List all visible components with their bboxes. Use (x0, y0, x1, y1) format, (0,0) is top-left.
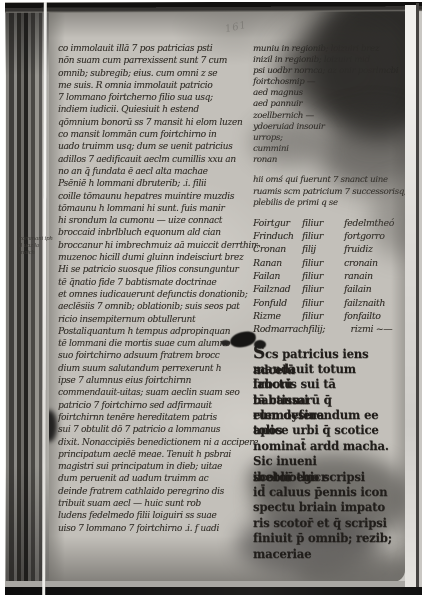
manuscript-text-line: uado truimm usq; dum se uenit patricius (58, 141, 258, 153)
table-cell: filij (302, 243, 344, 256)
genealogy-row: Failznadfiliurfailain (253, 283, 405, 296)
colophon-line: maceriae (253, 546, 394, 561)
colophon-line: Sic inueni ibebliothicr (253, 453, 394, 468)
table-cell: fruidiz (344, 243, 373, 256)
marginal-note-line: il uaz la (19, 243, 53, 250)
manuscript-text-line: indiem iudicii. Quiesiuit h estend (58, 104, 258, 116)
table-cell: filiur (302, 297, 344, 310)
table-cell: Fonfuld (253, 297, 302, 310)
colophon-line: scotor̄ ego scripsi (253, 469, 394, 484)
marginal-note-line: commani iph (19, 236, 53, 243)
ink-blot-small (254, 340, 266, 349)
genealogy-row: Fonfuldfiliurfailznaith (253, 297, 405, 310)
photo-right-edge-line (416, 3, 419, 595)
table-cell: filiur (302, 283, 344, 296)
manuscript-text-line: foirtchirnn tenēre hereditatem patris (58, 412, 258, 424)
table-cell: filiur (302, 230, 344, 243)
table-cell: failain (344, 283, 371, 296)
genealogy-row: Failanfiliurranain (253, 270, 405, 283)
colophon-line: mandauit totum fructū (253, 361, 394, 376)
book-bottom-edge (5, 587, 422, 595)
colophon-line: id̄ caluus p̄ennis icon (253, 484, 394, 499)
manuscript-text-line: deinde fratrem cathlaido peregrino dis (58, 486, 258, 498)
book-top-edge (5, 2, 422, 13)
table-cell: ranain (344, 270, 373, 283)
marginal-note: commani iphil uaz lamaich (19, 236, 53, 256)
colophon-line: ris scotor̄ et q̄ scripsi (253, 515, 394, 530)
table-cell: Failan (253, 270, 302, 283)
manuscript-text-line: dium suum salutandum perrexerunt h (58, 363, 258, 375)
manuscript-text-line: Postaliquantum h tempus adpropinquan (58, 326, 258, 338)
manuscript-text-line: qōmnium bonorū ss 7 mansit hi elom luzen (58, 117, 258, 129)
manuscript-text-line: Hi se patricio suosque filios consungunt… (58, 264, 258, 276)
manuscript-text-line: omnib; subregib; eius. cum omni z se (58, 68, 258, 80)
manuscript-text-line: aeclēsiis 7 omnib; oblationib; suis seos… (58, 301, 258, 313)
facing-page-edge (405, 5, 416, 591)
manuscript-text-line: tribuit suam aecl — huic sunt rob (58, 498, 258, 510)
manuscript-text-line: no an q̄ fundata ē aecl alta machae (58, 166, 258, 178)
manuscript-text-line: adillos 7 aedificauit aeclm cumillis xxu… (58, 154, 258, 166)
table-cell: Rodmarrach (253, 323, 309, 336)
colophon-line: nominat̄ ardd macha. (253, 438, 394, 453)
ink-smudge-left-margin (49, 410, 57, 442)
table-cell: filiur (302, 270, 344, 283)
table-cell: Foirtgur (253, 217, 302, 230)
manuscript-text-line: sui 7 obtulit dō 7 patricio a lommanus (58, 424, 258, 436)
table-cell: filiur (302, 257, 344, 270)
genealogy-row: Rizmefiliurfonfailto (253, 310, 405, 323)
table-cell: Frinduch (253, 230, 302, 243)
manuscript-text-line: muzenoc hicill dumi gluinn indeisciurt b… (58, 252, 258, 264)
manuscript-text-line: nōn suam cum parrexissent sunt 7 cum (58, 55, 258, 67)
manuscript-text-line: me suis. R omnia immolauit patricio (58, 80, 258, 92)
manuscript-text-line: co mansit lommān cum foirtchirno in (58, 129, 258, 141)
genealogy-row: Rodmarrachfilij;rizmi ~— (253, 323, 405, 336)
table-cell: Ranan (253, 257, 302, 270)
table-cell: filij; (309, 323, 351, 336)
table-cell: Rizme (253, 310, 302, 323)
manuscript-photo: 161 co immolauit illā 7 pos patricias ps… (5, 2, 422, 595)
manuscript-text-line: dum peruenit ad uadum truimm ac (58, 473, 258, 485)
colophon-line: laboris sui tā babtismi (253, 376, 394, 391)
parchment-page: 161 co immolauit illā 7 pos patricias ps… (49, 10, 405, 582)
manuscript-text-line: broccaid inbrlbluch equonum ald cian (58, 227, 258, 239)
manuscript-text-line: co immolauit illā 7 pos patricias psti (58, 43, 258, 55)
manuscript-text-line: Psēniē h lommani dbruterib; .i. filii (58, 178, 258, 190)
manuscript-text-line: dixit. Nonaccipiēs benedictionem ni a ac… (58, 437, 258, 449)
stain-top-right-2 (277, 22, 399, 120)
manuscript-text-line: patricio 7 foirtchirno sed adfirmauit (58, 400, 258, 412)
colophon-line: finiuit p̄ omnib; rezib; (253, 530, 394, 545)
manuscript-text-line: ricio insempiternum obtullerunt (58, 314, 258, 326)
manuscript-text-line: tē q̄natio fide 7 babtismate doctrinae (58, 277, 258, 289)
colophon-large-script: Scs patricius iens adcelūmandauit totum … (253, 345, 394, 560)
table-cell: cronain (344, 257, 378, 270)
left-text-column: co immolauit illā 7 pos patricias pstinō… (58, 43, 258, 535)
colophon-line: tā causarū q̄ elemoysina (253, 392, 394, 407)
manuscript-text-line: hi srondum la cumonu — uize connact (58, 215, 258, 227)
table-cell: filiur (302, 217, 344, 230)
manuscript-text-line: principatum aeclē meae. Tenuit h psbrai (58, 449, 258, 461)
stain-top-right-4 (252, 118, 324, 166)
manuscript-text-line: suo foirtchirno adsuum fratrem brocc (58, 350, 258, 362)
table-cell: rizmi ~— (351, 323, 393, 336)
manuscript-text-line: broccanur hi imbrechmuiz aā muiccit derr… (58, 240, 258, 252)
genealogy-row: Rananfiliurcronain (253, 257, 405, 270)
table-cell: failznaith (344, 297, 385, 310)
table-cell: Cronan (253, 243, 302, 256)
table-cell: fonfailto (344, 310, 381, 323)
manuscript-text-line: uiso 7 lommano 7 foirtchirno .i. f uadi (58, 523, 258, 535)
manuscript-text-line: ipse 7 alumnus eius foirtchirnn (58, 375, 258, 387)
colophon-line: Scs patricius iens adcelū (253, 345, 394, 360)
marginal-note-line: maich (19, 250, 53, 257)
table-cell: Failznad (253, 283, 302, 296)
manuscript-text-line: tōmaunu h lommani hi sunt. fuis manir (58, 203, 258, 215)
colophon-line: spectu briain impato (253, 499, 394, 514)
manuscript-text-line: coille tōmaunu hepatres muintire muzdis (58, 191, 258, 203)
colophon-line: rum deferendum ee apos (253, 407, 394, 422)
manuscript-text-line: commendauit-uitas; suam aeclin suam seo (58, 387, 258, 399)
folio-number-mark: 161 (224, 20, 248, 35)
table-cell: filiur (302, 310, 344, 323)
manuscript-text-line: 7 lommano foirtcherno filio sua usq; (58, 92, 258, 104)
colophon-line: tolice urbi q̄ scotice (253, 422, 394, 437)
ink-blot-tail (221, 340, 230, 346)
manuscript-text-line: ludens fedelmedo filii loiguiri ss suae (58, 510, 258, 522)
manuscript-text-line: et omnes iudicauerunt defunctis donation… (58, 289, 258, 301)
manuscript-text-line: magistri sui principatum in dieb; uitae (58, 461, 258, 473)
